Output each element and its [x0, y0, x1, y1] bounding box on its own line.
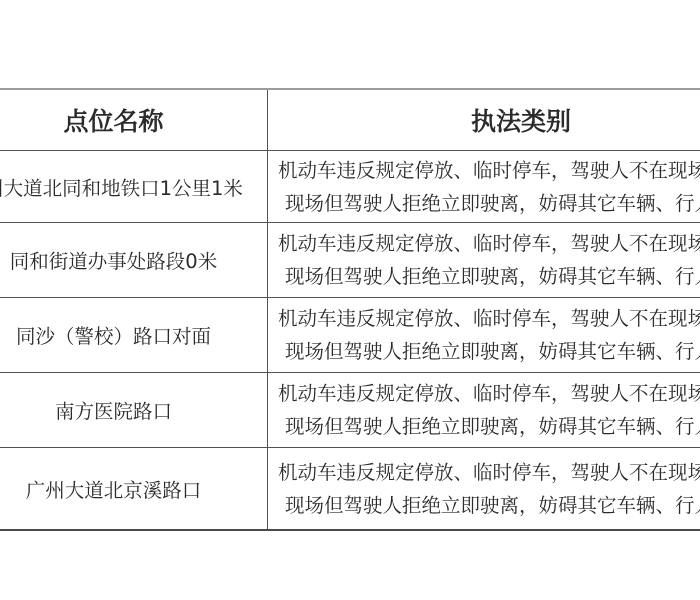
table-header-row: 点位名称 执法类别: [0, 90, 700, 150]
table-row: 南方医院路口 机动车违反规定停放、临时停车，驾驶人不在现场 现场但驾驶人拒绝立即…: [0, 372, 700, 447]
enforcement-category-cell: 机动车违反规定停放、临时停车，驾驶人不在现场 现场但驾驶人拒绝立即驶离，妨碍其它…: [268, 448, 700, 529]
page-canvas: 点位名称 执法类别 州大道北同和地铁口1公里1米 机动车违反规定停放、临时停车，…: [0, 0, 700, 600]
header-enforcement-category: 执法类别: [268, 90, 700, 150]
point-name-cell: 州大道北同和地铁口1公里1米: [0, 151, 268, 222]
category-line-1: 机动车违反规定停放、临时停车，驾驶人不在现场: [268, 302, 700, 335]
category-line-2: 现场但驾驶人拒绝立即驶离，妨碍其它车辆、行人: [268, 260, 700, 293]
category-line-2: 现场但驾驶人拒绝立即驶离，妨碍其它车辆、行人: [268, 410, 700, 443]
enforcement-category-cell: 机动车违反规定停放、临时停车，驾驶人不在现场 现场但驾驶人拒绝立即驶离，妨碍其它…: [268, 373, 700, 447]
point-name-cell: 广州大道北京溪路口: [0, 448, 268, 529]
table-row: 同沙（警校）路口对面 机动车违反规定停放、临时停车，驾驶人不在现场 现场但驾驶人…: [0, 297, 700, 372]
header-point-name: 点位名称: [0, 90, 268, 150]
table-row: 广州大道北京溪路口 机动车违反规定停放、临时停车，驾驶人不在现场 现场但驾驶人拒…: [0, 447, 700, 529]
category-line-1: 机动车违反规定停放、临时停车，驾驶人不在现场: [268, 377, 700, 410]
table-row: 同和街道办事处路段0米 机动车违反规定停放、临时停车，驾驶人不在现场 现场但驾驶…: [0, 222, 700, 297]
enforcement-points-table: 点位名称 执法类别 州大道北同和地铁口1公里1米 机动车违反规定停放、临时停车，…: [0, 88, 700, 531]
enforcement-category-cell: 机动车违反规定停放、临时停车，驾驶人不在现场 现场但驾驶人拒绝立即驶离，妨碍其它…: [268, 223, 700, 297]
point-name-cell: 同和街道办事处路段0米: [0, 223, 268, 297]
category-line-2: 现场但驾驶人拒绝立即驶离，妨碍其它车辆、行人: [268, 187, 700, 220]
category-line-2: 现场但驾驶人拒绝立即驶离，妨碍其它车辆、行人: [268, 489, 700, 522]
category-line-2: 现场但驾驶人拒绝立即驶离，妨碍其它车辆、行人: [268, 335, 700, 368]
category-line-1: 机动车违反规定停放、临时停车，驾驶人不在现场: [268, 227, 700, 260]
enforcement-category-cell: 机动车违反规定停放、临时停车，驾驶人不在现场 现场但驾驶人拒绝立即驶离，妨碍其它…: [268, 151, 700, 222]
enforcement-category-cell: 机动车违反规定停放、临时停车，驾驶人不在现场 现场但驾驶人拒绝立即驶离，妨碍其它…: [268, 298, 700, 372]
table-row: 州大道北同和地铁口1公里1米 机动车违反规定停放、临时停车，驾驶人不在现场 现场…: [0, 150, 700, 222]
point-name-cell: 同沙（警校）路口对面: [0, 298, 268, 372]
category-line-1: 机动车违反规定停放、临时停车，驾驶人不在现场: [268, 456, 700, 489]
category-line-1: 机动车违反规定停放、临时停车，驾驶人不在现场: [268, 154, 700, 187]
point-name-cell: 南方医院路口: [0, 373, 268, 447]
